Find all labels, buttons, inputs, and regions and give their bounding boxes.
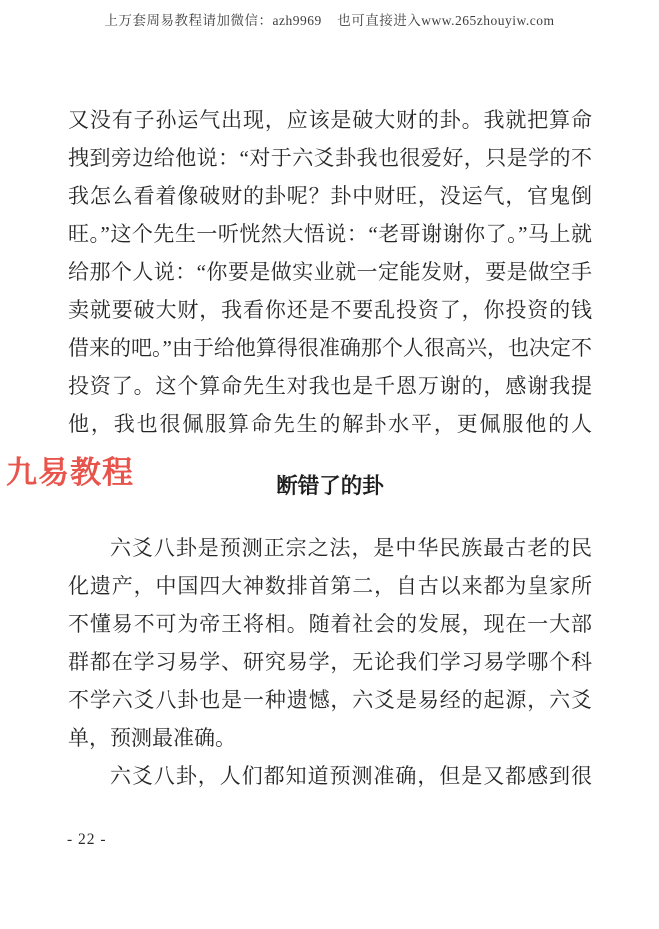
page-number: - 22 - [67, 831, 107, 849]
text-line: 旺。”这个先生一听恍然大悟说：“老哥谢谢你了。”马上就 [68, 215, 592, 253]
text-line: 拽到旁边给他说：“对于六爻卦我也很爱好，只是学的不精， [68, 139, 592, 177]
text-line: 他，我也很佩服算命先生的解卦水平，更佩服他的人品。 [68, 405, 592, 443]
paragraph: 六爻八卦，人们都知道预测准确，但是又都感到很难学， [68, 757, 592, 795]
text-line: 借来的吧。”由于给他算得很准确那个人很高兴，也决定不 [68, 329, 592, 367]
text-line: 群都在学习易学、研究易学，无论我们学习易学哪个科目， [68, 643, 592, 681]
text-line: 六爻八卦，人们都知道预测准确，但是又都感到很难学， [68, 757, 592, 795]
text-line: 化遗产，中国四大神数排首第二，自古以来都为皇家所用， [68, 567, 592, 605]
text-line: 投资了。这个算命先生对我也是千恩万谢的，感谢我提醒了 [68, 367, 592, 405]
section-heading: 断错了的卦 [68, 467, 592, 505]
text-line: 又没有子孙运气出现，应该是破大财的卦。我就把算命先生 [68, 101, 592, 139]
paragraph: 又没有子孙运气出现，应该是破大财的卦。我就把算命先生拽到旁边给他说：“对于六爻卦… [68, 101, 592, 443]
document-body: 又没有子孙运气出现，应该是破大财的卦。我就把算命先生拽到旁边给他说：“对于六爻卦… [68, 101, 592, 795]
text-line: 不懂易不可为帝王将相。随着社会的发展，现在一大部分人 [68, 605, 592, 643]
paragraph: 六爻八卦是预测正宗之法，是中华民族最古老的民族文化遗产，中国四大神数排首第二，自… [68, 529, 592, 757]
text-line: 六爻八卦是预测正宗之法，是中华民族最古老的民族文 [68, 529, 592, 567]
text-line: 不学六爻八卦也是一种遗憾，六爻是易经的起源，六爻最简 [68, 681, 592, 719]
text-line: 卖就要破大财，我看你还是不要乱投资了，你投资的钱都是 [68, 291, 592, 329]
header-contact-text: 上万套周易教程请加微信：azh9969 也可直接进入www.265zhouyiw… [0, 9, 659, 29]
text-line: 给那个人说：“你要是做实业就一定能发财，要是做空手买 [68, 253, 592, 291]
text-line: 我怎么看着像破财的卦呢？卦中财旺，没运气，官鬼倒是 [68, 177, 592, 215]
text-line: 单，预测最准确。 [68, 719, 592, 757]
document-page: 上万套周易教程请加微信：azh9969 也可直接进入www.265zhouyiw… [0, 0, 659, 929]
